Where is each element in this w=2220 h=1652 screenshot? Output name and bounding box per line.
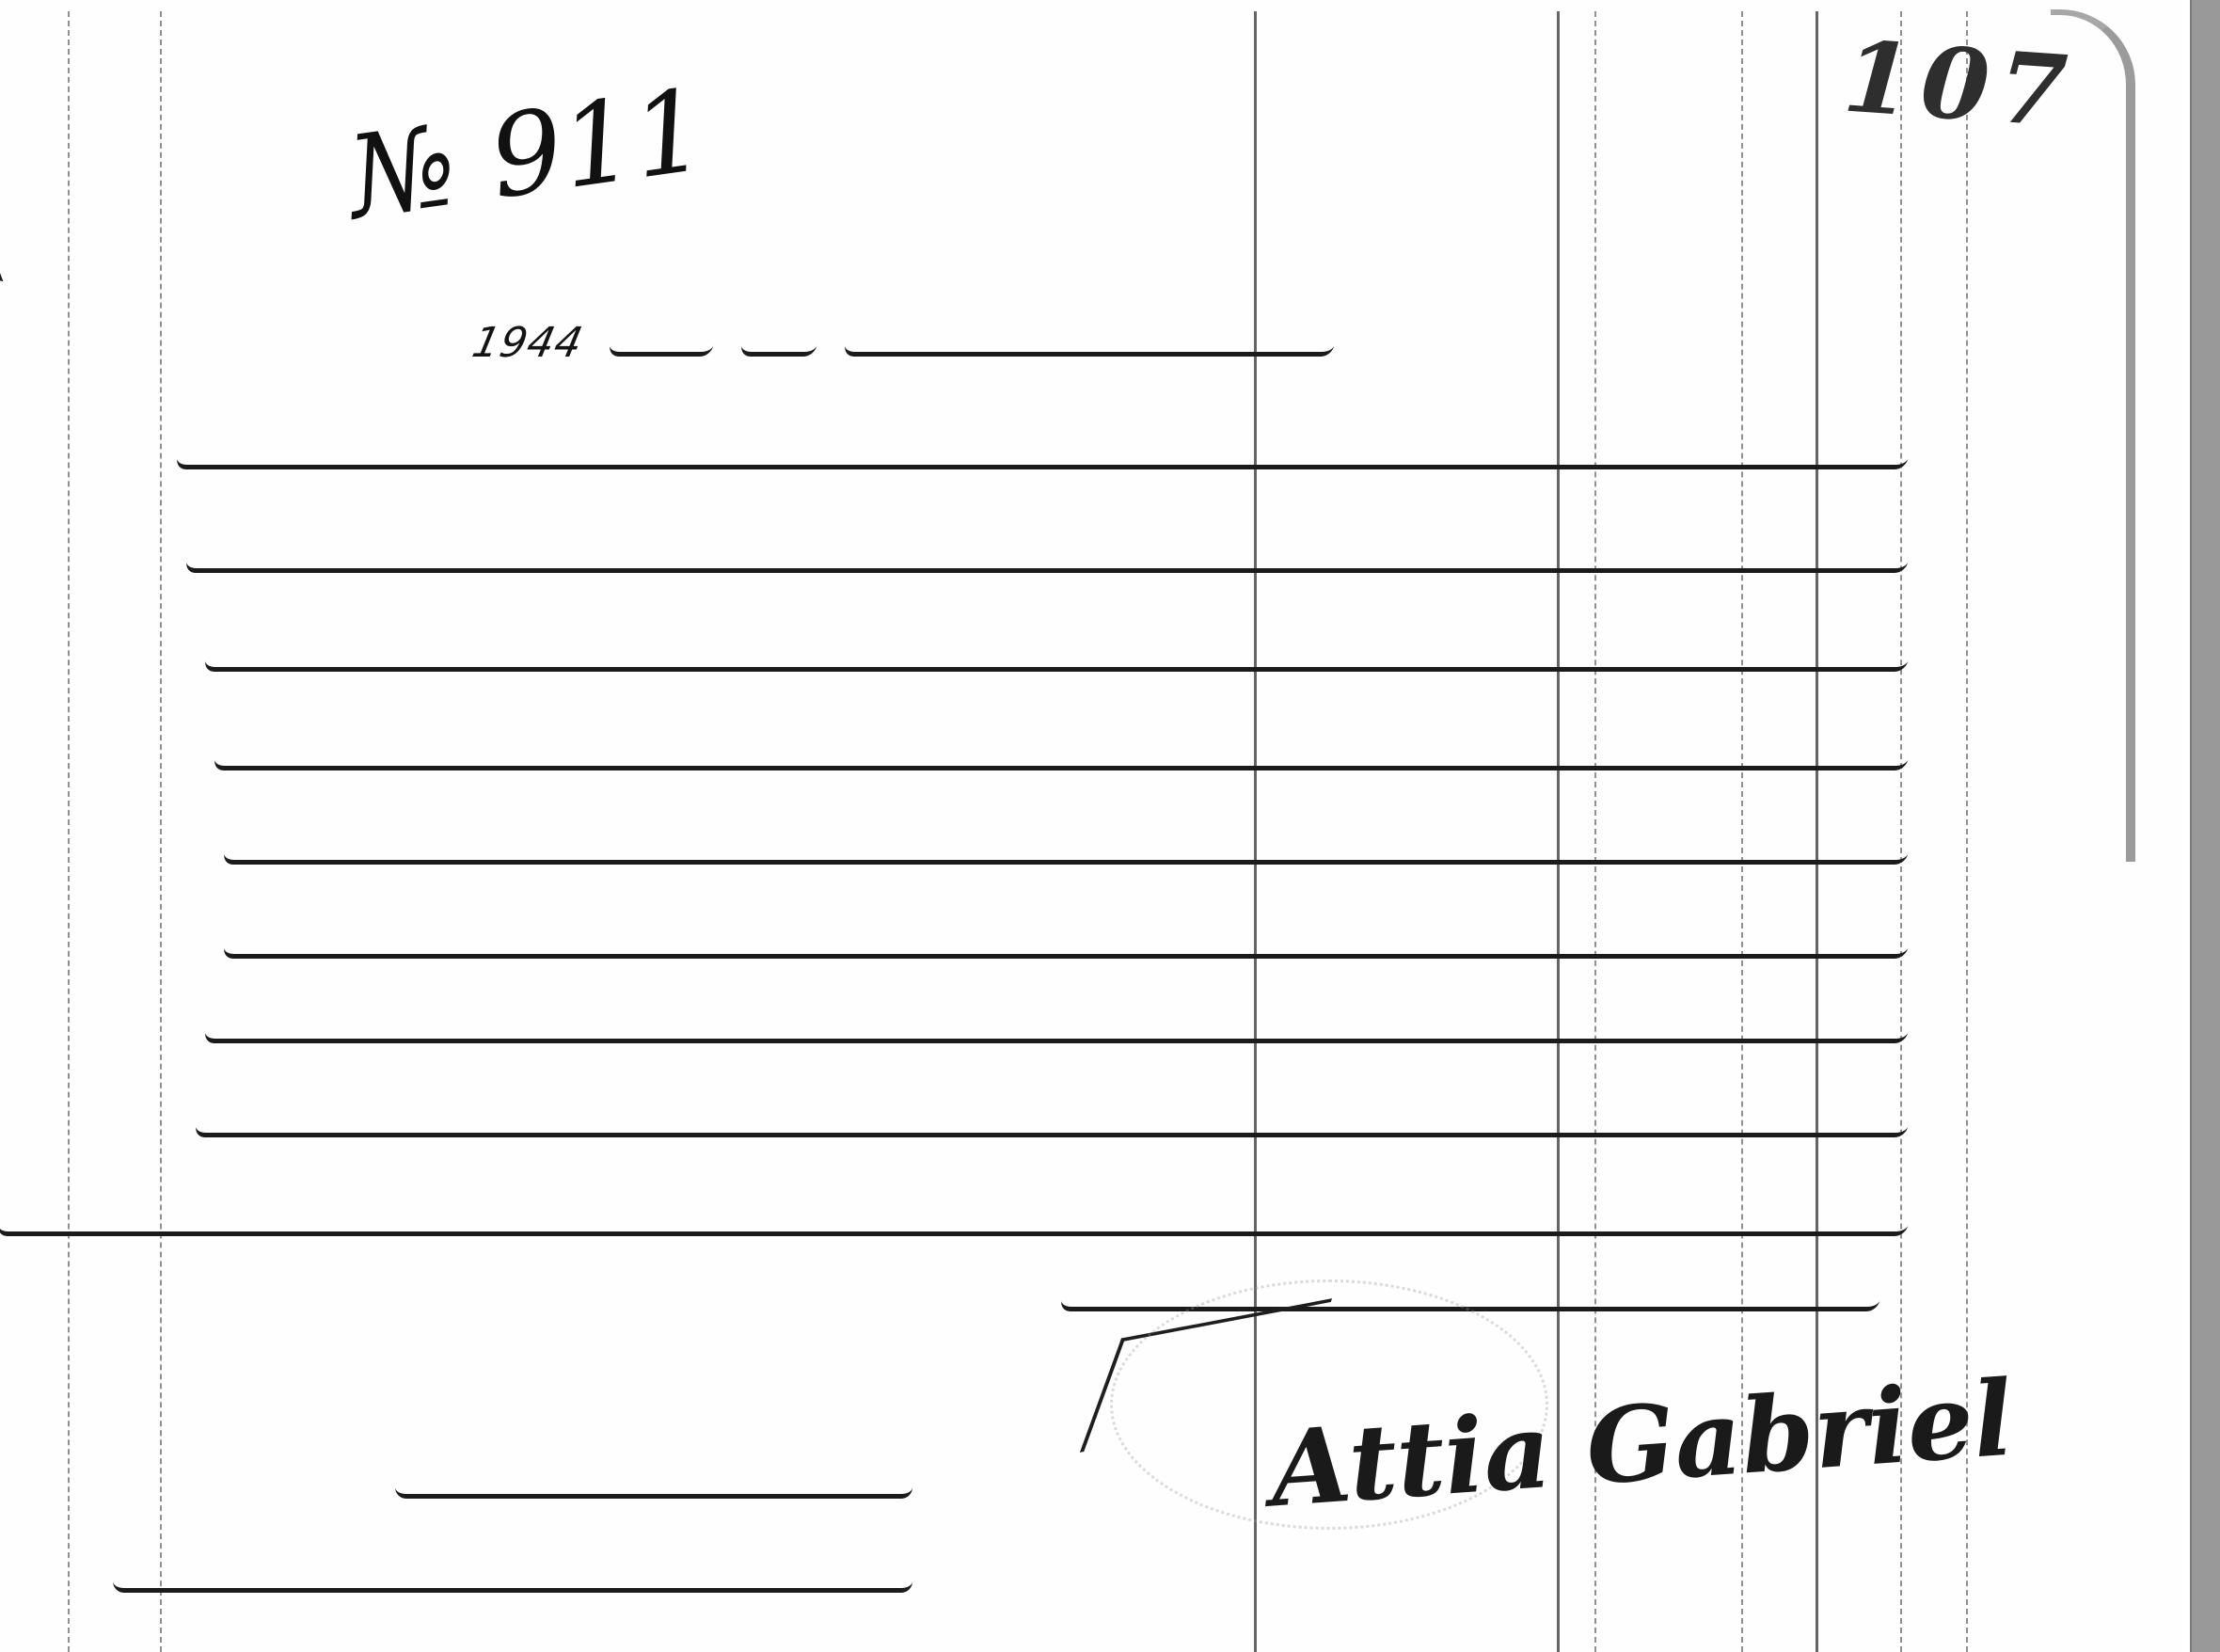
margin-annotation: ﮓ: [4, 235, 60, 1646]
handwriting-stroke: [222, 913, 1915, 959]
handwriting-stroke: [608, 310, 721, 357]
handwriting-stroke: [1059, 1265, 1887, 1311]
handwriting-stroke: [113, 1533, 912, 1593]
handwriting-stroke: [0, 1190, 1915, 1236]
witness-line-1: [395, 1439, 912, 1512]
body-line-2: [173, 423, 1916, 480]
handwriting-stroke: [194, 1091, 1915, 1137]
body-line-9: [192, 1091, 1916, 1148]
handwriting-stroke: [222, 818, 1915, 865]
handwriting-stroke: [203, 626, 1915, 672]
body-line-5: [211, 724, 1916, 781]
body-line-7: [220, 913, 1916, 969]
body-line-4: [201, 626, 1916, 682]
body-line-3: [182, 527, 1916, 583]
folio-number: 107: [1840, 19, 2080, 151]
body-year: 1944: [468, 319, 588, 367]
margin-annotation-mark: ﮓ: [0, 235, 4, 272]
handwriting-stroke: [395, 1439, 912, 1499]
record-number: № 911: [341, 65, 713, 245]
body-line-1: 1944: [468, 310, 1342, 367]
handwriting-stroke: [213, 724, 1915, 770]
rule-line: [68, 11, 70, 1652]
rule-line: [160, 11, 162, 1652]
scan-edge-bar: [2190, 0, 2220, 1652]
witness-line-2: [113, 1533, 912, 1606]
record-number-value: 911: [482, 65, 713, 225]
body-line-10: [0, 1190, 1915, 1247]
body-line-6: [220, 818, 1916, 875]
record-number-label: №: [341, 100, 465, 244]
handwriting-stroke: [739, 310, 824, 357]
handwriting-stroke: [184, 527, 1915, 573]
handwriting-stroke: [203, 997, 1915, 1043]
document-page: 107 № 911 ﮓ 1944 Attia Gabriel: [0, 0, 2182, 1652]
handwriting-stroke: [843, 310, 1341, 357]
handwriting-stroke: [175, 423, 1915, 469]
body-line-8: [201, 997, 1916, 1054]
